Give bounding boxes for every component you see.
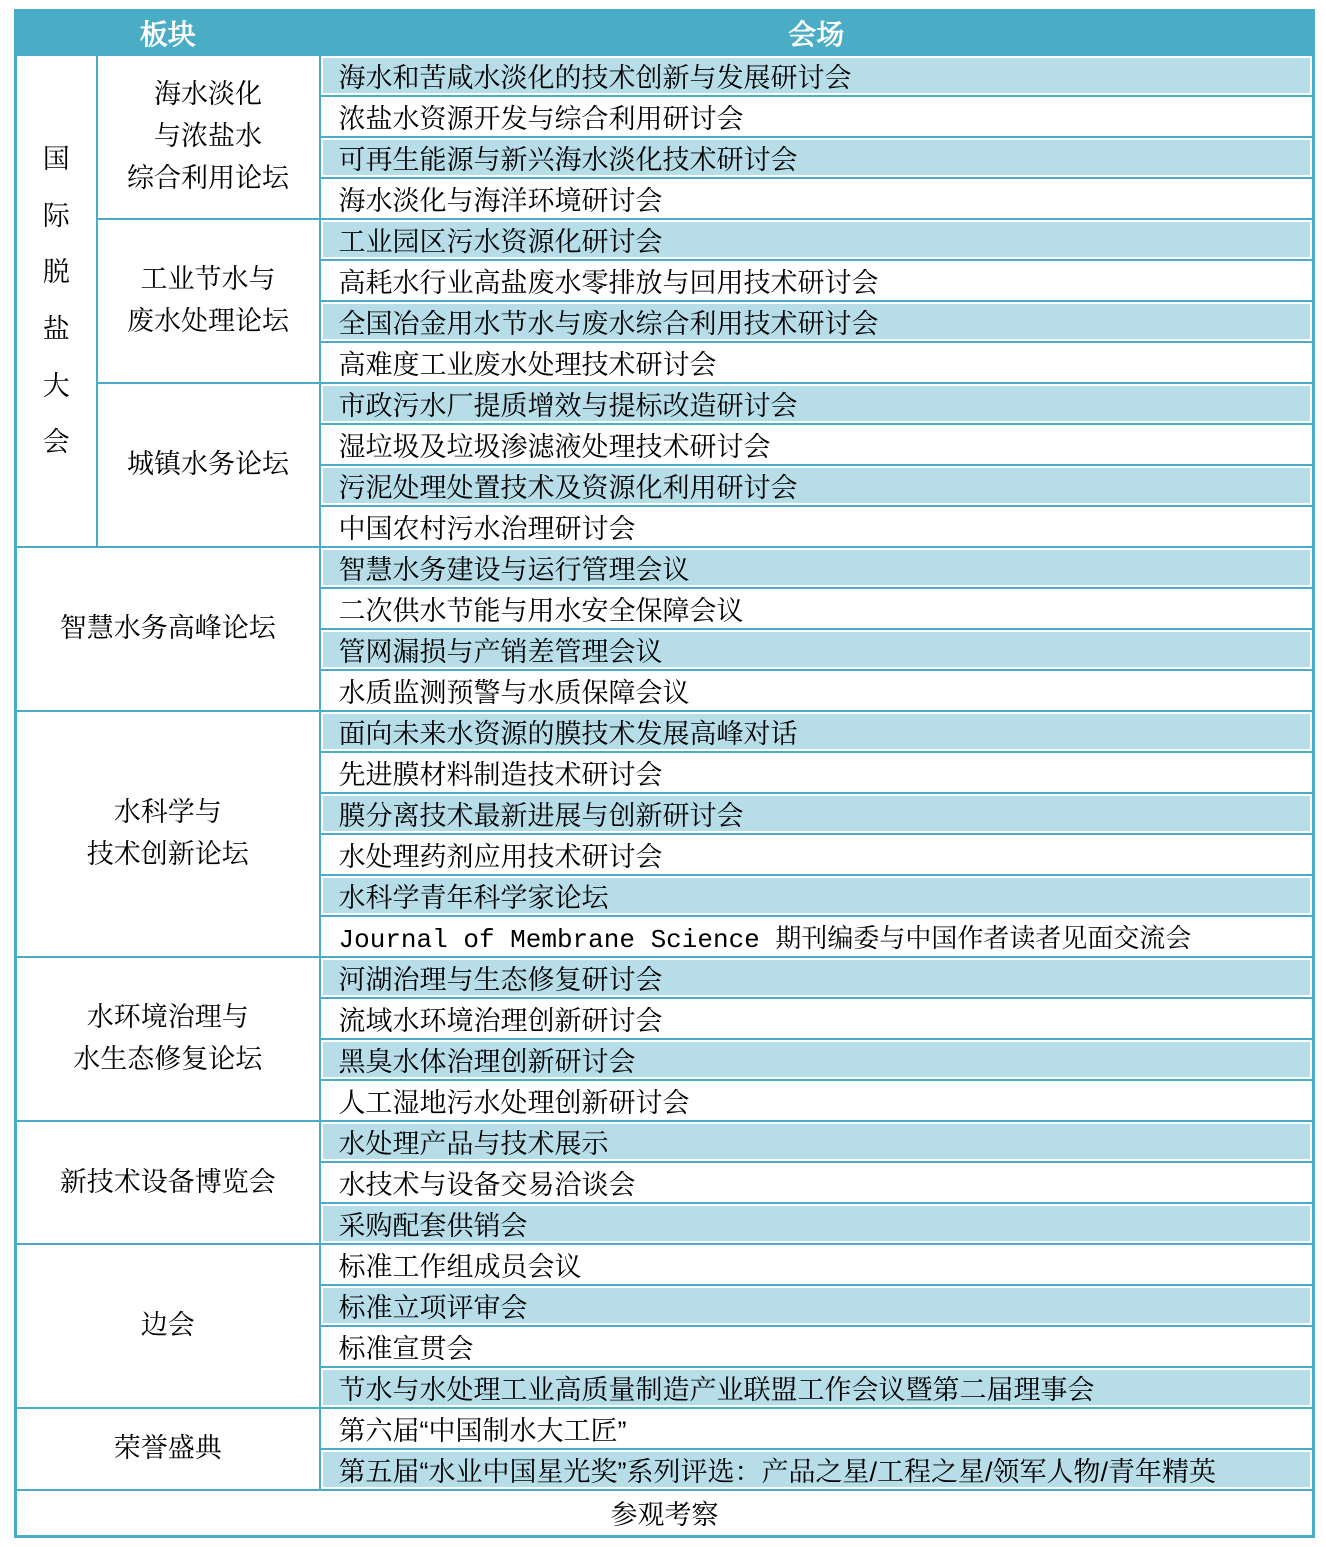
table-row: 国际脱盐大会 海水淡化 与浓盐水 综合利用论坛 海水和苦咸水淡化的技术创新与发展… xyxy=(16,55,1314,96)
section-label-water-science: 水科学与 技术创新论坛 xyxy=(16,711,320,957)
forum-label-urban-water: 城镇水务论坛 xyxy=(97,383,320,547)
session-cell: 节水与水处理工业高质量制造产业联盟工作会议暨第二届理事会 xyxy=(320,1367,1314,1408)
session-cell: 海水淡化与海洋环境研讨会 xyxy=(320,178,1314,219)
section-label-side-meetings: 边会 xyxy=(16,1244,320,1408)
section-label-honor-ceremony: 荣誉盛典 xyxy=(16,1408,320,1490)
session-cell: 第六届“中国制水大工匠” xyxy=(320,1408,1314,1449)
table-row: 工业节水与 废水处理论坛 工业园区污水资源化研讨会 xyxy=(16,219,1314,260)
section-label-smart-water: 智慧水务高峰论坛 xyxy=(16,547,320,711)
section-label-tech-expo: 新技术设备博览会 xyxy=(16,1121,320,1244)
page: 板块 会场 国际脱盐大会 海水淡化 与浓盐水 综合利用论坛 海水和苦咸水淡化的技… xyxy=(0,0,1326,1547)
table-row: 水科学与 技术创新论坛 面向未来水资源的膜技术发展高峰对话 xyxy=(16,711,1314,752)
forum-label-industrial-water: 工业节水与 废水处理论坛 xyxy=(97,219,320,383)
session-cell: 膜分离技术最新进展与创新研讨会 xyxy=(320,793,1314,834)
table-row: 新技术设备博览会 水处理产品与技术展示 xyxy=(16,1121,1314,1162)
table-row: 荣誉盛典 第六届“中国制水大工匠” xyxy=(16,1408,1314,1449)
table-row: 水环境治理与 水生态修复论坛 河湖治理与生态修复研讨会 xyxy=(16,957,1314,998)
session-cell: 水处理药剂应用技术研讨会 xyxy=(320,834,1314,875)
session-cell: 面向未来水资源的膜技术发展高峰对话 xyxy=(320,711,1314,752)
table-row: 智慧水务高峰论坛 智慧水务建设与运行管理会议 xyxy=(16,547,1314,588)
section-label-text: 国际脱盐大会 xyxy=(42,131,70,471)
session-cell: 高耗水行业高盐废水零排放与回用技术研讨会 xyxy=(320,260,1314,301)
session-cell: 污泥处理处置技术及资源化利用研讨会 xyxy=(320,465,1314,506)
section-label-intl-desalination: 国际脱盐大会 xyxy=(16,55,97,547)
header-cell-block: 板块 xyxy=(16,11,320,56)
footer-visit-cell: 参观考察 xyxy=(16,1490,1314,1536)
section-label-water-environment: 水环境治理与 水生态修复论坛 xyxy=(16,957,320,1121)
table-row: 边会 标准工作组成员会议 xyxy=(16,1244,1314,1285)
session-cell: 流域水环境治理创新研讨会 xyxy=(320,998,1314,1039)
session-cell: 浓盐水资源开发与综合利用研讨会 xyxy=(320,96,1314,137)
session-cell: 市政污水厂提质增效与提标改造研讨会 xyxy=(320,383,1314,424)
header-cell-venue: 会场 xyxy=(320,11,1314,56)
session-cell: 全国冶金用水节水与废水综合利用技术研讨会 xyxy=(320,301,1314,342)
session-cell: 标准宣贯会 xyxy=(320,1326,1314,1367)
session-cell: 水技术与设备交易洽谈会 xyxy=(320,1162,1314,1203)
session-cell: 先进膜材料制造技术研讨会 xyxy=(320,752,1314,793)
forum-label-seawater-desalination: 海水淡化 与浓盐水 综合利用论坛 xyxy=(97,55,320,219)
session-cell: 采购配套供销会 xyxy=(320,1203,1314,1244)
session-cell: 第五届“水业中国星光奖”系列评选：产品之星/工程之星/领军人物/青年精英 xyxy=(320,1449,1314,1490)
session-cell: 海水和苦咸水淡化的技术创新与发展研讨会 xyxy=(320,55,1314,96)
session-cell: 智慧水务建设与运行管理会议 xyxy=(320,547,1314,588)
table-row: 参观考察 xyxy=(16,1490,1314,1536)
session-cell: 可再生能源与新兴海水淡化技术研讨会 xyxy=(320,137,1314,178)
header-row: 板块 会场 xyxy=(16,11,1314,56)
table-row: 城镇水务论坛 市政污水厂提质增效与提标改造研讨会 xyxy=(16,383,1314,424)
session-cell: 人工湿地污水处理创新研讨会 xyxy=(320,1080,1314,1121)
session-cell: 标准立项评审会 xyxy=(320,1285,1314,1326)
session-cell: 二次供水节能与用水安全保障会议 xyxy=(320,588,1314,629)
conference-agenda-table: 板块 会场 国际脱盐大会 海水淡化 与浓盐水 综合利用论坛 海水和苦咸水淡化的技… xyxy=(14,9,1315,1538)
session-cell: 河湖治理与生态修复研讨会 xyxy=(320,957,1314,998)
session-cell: 标准工作组成员会议 xyxy=(320,1244,1314,1285)
session-cell: 工业园区污水资源化研讨会 xyxy=(320,219,1314,260)
session-cell: 水科学青年科学家论坛 xyxy=(320,875,1314,916)
session-cell: 管网漏损与产销差管理会议 xyxy=(320,629,1314,670)
session-cell: 水质监测预警与水质保障会议 xyxy=(320,670,1314,711)
session-cell: 水处理产品与技术展示 xyxy=(320,1121,1314,1162)
session-cell: 黑臭水体治理创新研讨会 xyxy=(320,1039,1314,1080)
session-cell: Journal of Membrane Science 期刊编委与中国作者读者见… xyxy=(320,916,1314,957)
session-cell: 中国农村污水治理研讨会 xyxy=(320,506,1314,547)
session-cell: 湿垃圾及垃圾渗滤液处理技术研讨会 xyxy=(320,424,1314,465)
session-cell: 高难度工业废水处理技术研讨会 xyxy=(320,342,1314,383)
